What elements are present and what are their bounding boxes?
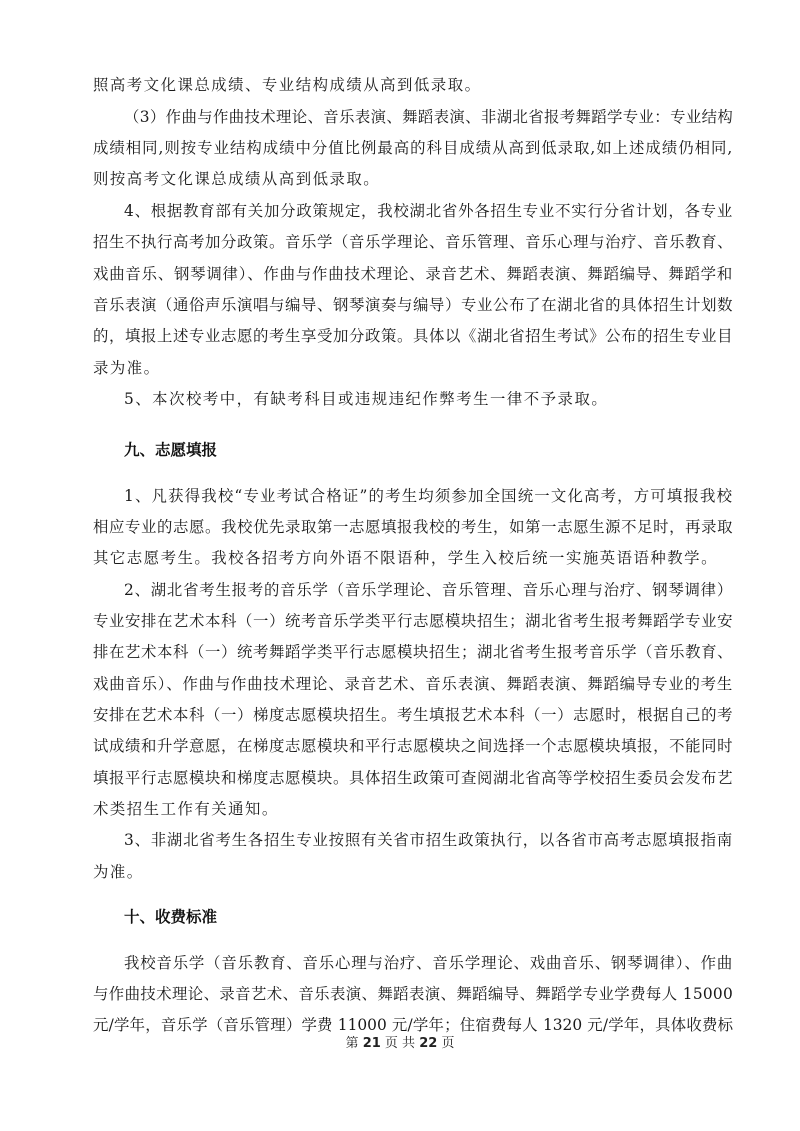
paragraph-line: 其它志愿考生。我校各招考方向外语不限语种，学生入校后统一实施英语语种教学。 [93,548,733,568]
paragraph-line: 戏曲音乐、钢琴调律）、作曲与作曲技术理论、录音艺术、舞蹈表演、舞蹈编导、舞蹈学和 [93,264,733,284]
paragraph-line: 填报平行志愿模块和梯度志愿模块。具体招生政策可查阅湖北省高等学校招生委员会发布艺 [93,768,733,788]
paragraph-line: 为准。 [93,862,733,882]
paragraph-line: 元/学年，音乐学（音乐管理）学费 11000 元/学年；住宿费每人 1320 元… [93,1015,733,1035]
paragraph-line: 排在艺术本科（一）统考舞蹈学类平行志愿模块招生；湖北省考生报考音乐学（音乐教育、 [93,642,733,662]
paragraph-line: 则按高考文化课总成绩从高到低录取。 [93,169,733,189]
footer-middle: 页 共 [385,1036,415,1051]
paragraph-line: 试成绩和升学意愿，在梯度志愿模块和平行志愿模块之间选择一个志愿模块填报，不能同时 [93,736,733,756]
paragraph-line: 术类招生工作有关通知。 [93,799,733,819]
paragraph-line: 成绩相同,则按专业结构成绩中分值比例最高的科目成绩从高到低录取,如上述成绩仍相同… [93,138,733,158]
current-page-number: 21 [363,1036,381,1051]
page-footer: 第 21 页 共 22 页 [0,1036,800,1052]
paragraph-line: （3）作曲与作曲技术理论、音乐表演、舞蹈表演、非湖北省报考舞蹈学专业：专业结构 [124,107,733,127]
paragraph-line: 照高考文化课总成绩、专业结构成绩从高到低录取。 [93,75,733,95]
footer-prefix: 第 [346,1036,359,1051]
paragraph-line: 音乐表演（通俗声乐演唱与编导、钢琴演奏与编导）专业公布了在湖北省的具体招生计划数 [93,295,733,315]
total-page-count: 22 [419,1036,437,1051]
paragraph-line: 我校音乐学（音乐教育、音乐心理与治疗、音乐学理论、戏曲音乐、钢琴调律）、作曲 [124,953,733,973]
paragraph-line: 专业安排在艺术本科（一）统考音乐学类平行志愿模块招生；湖北省考生报考舞蹈学专业安 [93,611,733,631]
section-heading-10: 十、收费标准 [124,907,217,927]
paragraph-line: 安排在艺术本科（一）梯度志愿模块招生。考生填报艺术本科（一）志愿时，根据自己的考 [93,705,733,725]
paragraph-line: 3、非湖北省考生各招生专业按照有关省市招生政策执行，以各省市高考志愿填报指南 [124,830,733,850]
paragraph-line: 5、本次校考中，有缺考科目或违规违纪作弊考生一律不予录取。 [124,389,733,409]
section-heading-9: 九、志愿填报 [124,440,217,460]
footer-suffix: 页 [441,1036,454,1051]
paragraph-line: 戏曲音乐）、作曲与作曲技术理论、录音艺术、音乐表演、舞蹈表演、舞蹈编导专业的考生 [93,674,733,694]
paragraph-line: 的，填报上述专业志愿的考生享受加分政策。具体以《湖北省招生考试》公布的招生专业目 [93,326,733,346]
paragraph-line: 与作曲技术理论、录音艺术、音乐表演、舞蹈表演、舞蹈编导、舞蹈学专业学费每人 15… [93,984,733,1004]
paragraph-line: 录为准。 [93,358,733,378]
paragraph-line: 2、湖北省考生报考的音乐学（音乐学理论、音乐管理、音乐心理与治疗、钢琴调律） [124,580,733,600]
paragraph-line: 相应专业的志愿。我校优先录取第一志愿填报我校的考生，如第一志愿生源不足时，再录取 [93,517,733,537]
paragraph-line: 1、凡获得我校“专业考试合格证”的考生均须参加全国统一文化高考，方可填报我校 [124,486,733,506]
paragraph-line: 招生不执行高考加分政策。音乐学（音乐学理论、音乐管理、音乐心理与治疗、音乐教育、 [93,232,733,252]
document-page: 照高考文化课总成绩、专业结构成绩从高到低录取。 （3）作曲与作曲技术理论、音乐表… [0,0,800,1131]
paragraph-line: 4、根据教育部有关加分政策规定，我校湖北省外各招生专业不实行分省计划，各专业 [124,201,733,221]
